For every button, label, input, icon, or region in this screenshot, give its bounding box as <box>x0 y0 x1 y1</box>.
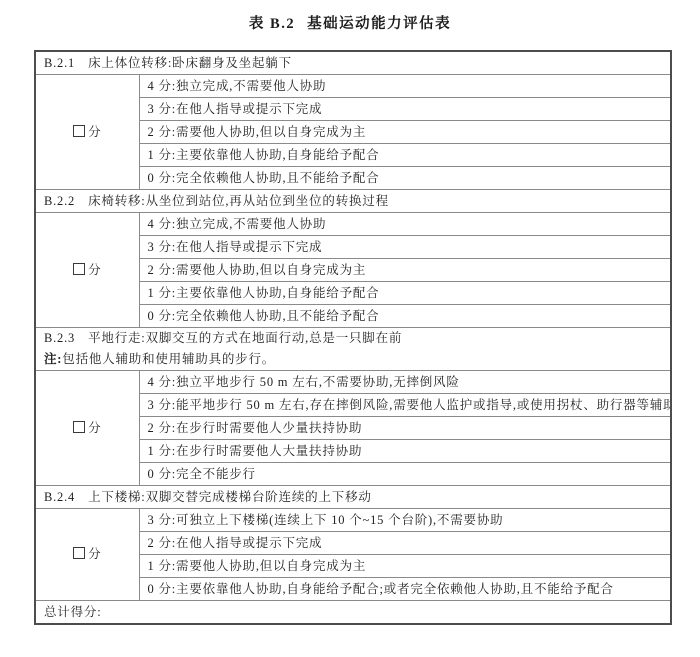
checkbox-icon <box>73 421 85 433</box>
score-option: 2 分:在他人指导或提示下完成 <box>139 532 671 555</box>
section-heading: B.2.4上下楼梯:双脚交替完成楼梯台阶连续的上下移动 <box>35 486 671 509</box>
score-cell: 分 <box>35 75 139 190</box>
section-id: B.2.2 <box>44 194 75 208</box>
score-unit-label: 分 <box>88 125 101 139</box>
score-unit-label: 分 <box>88 263 101 277</box>
option-row: 分 4 分:独立完成,不需要他人协助 <box>35 75 671 98</box>
section-heading-row: B.2.1床上体位转移:卧床翻身及坐起躺下 <box>35 51 671 75</box>
score-cell: 分 <box>35 371 139 486</box>
table-title: 表 B.2基础运动能力评估表 <box>0 12 700 33</box>
document-page: 表 B.2基础运动能力评估表 B.2.1床上体位转移:卧床翻身及坐起躺下 分 4… <box>0 0 700 657</box>
checkbox-icon <box>73 547 85 559</box>
section-heading-row: B.2.4上下楼梯:双脚交替完成楼梯台阶连续的上下移动 <box>35 486 671 509</box>
score-option: 2 分:需要他人协助,但以自身完成为主 <box>139 259 671 282</box>
score-option: 3 分:能平地步行 50 m 左右,存在摔倒风险,需要他人监护或指导,或使用拐杖… <box>139 394 671 417</box>
option-row: 分 4 分:独立完成,不需要他人协助 <box>35 213 671 236</box>
score-option: 0 分:完全依赖他人协助,且不能给予配合 <box>139 167 671 190</box>
checkbox-icon <box>73 263 85 275</box>
section-heading: B.2.1床上体位转移:卧床翻身及坐起躺下 <box>35 51 671 75</box>
score-option: 1 分:主要依靠他人协助,自身能给予配合 <box>139 282 671 305</box>
table-title-number: 表 B.2 <box>249 16 295 32</box>
section-title: 平地行走:双脚交互的方式在地面行动,总是一只脚在前 <box>88 331 402 345</box>
score-cell: 分 <box>35 213 139 328</box>
note-label: 注: <box>44 352 62 366</box>
assessment-table: B.2.1床上体位转移:卧床翻身及坐起躺下 分 4 分:独立完成,不需要他人协助… <box>34 50 672 625</box>
score-cell: 分 <box>35 509 139 601</box>
section-id: B.2.4 <box>44 490 75 504</box>
score-option: 4 分:独立完成,不需要他人协助 <box>139 75 671 98</box>
option-row: 分 3 分:可独立上下楼梯(连续上下 10 个~15 个台阶),不需要协助 <box>35 509 671 532</box>
score-option: 3 分:在他人指导或提示下完成 <box>139 236 671 259</box>
score-option: 2 分:需要他人协助,但以自身完成为主 <box>139 121 671 144</box>
option-row: 分 4 分:独立平地步行 50 m 左右,不需要协助,无摔倒风险 <box>35 371 671 394</box>
score-option: 2 分:在步行时需要他人少量扶持协助 <box>139 417 671 440</box>
section-title: 床椅转移:从坐位到站位,再从站位到坐位的转换过程 <box>88 194 389 208</box>
section-title: 床上体位转移:卧床翻身及坐起躺下 <box>88 56 292 70</box>
score-option: 0 分:完全依赖他人协助,且不能给予配合 <box>139 305 671 328</box>
score-option: 4 分:独立平地步行 50 m 左右,不需要协助,无摔倒风险 <box>139 371 671 394</box>
score-option: 3 分:在他人指导或提示下完成 <box>139 98 671 121</box>
section-heading: B.2.3平地行走:双脚交互的方式在地面行动,总是一只脚在前 注:包括他人辅助和… <box>35 328 671 371</box>
section-title: 上下楼梯:双脚交替完成楼梯台阶连续的上下移动 <box>88 490 372 504</box>
score-option: 1 分:需要他人协助,但以自身完成为主 <box>139 555 671 578</box>
checkbox-icon <box>73 125 85 137</box>
score-unit-label: 分 <box>88 547 101 561</box>
section-heading-row: B.2.3平地行走:双脚交互的方式在地面行动,总是一只脚在前 注:包括他人辅助和… <box>35 328 671 371</box>
score-option: 1 分:在步行时需要他人大量扶持协助 <box>139 440 671 463</box>
note-text: 包括他人辅助和使用辅助具的步行。 <box>62 352 275 366</box>
score-unit-label: 分 <box>88 421 101 435</box>
score-option: 0 分:完全不能步行 <box>139 463 671 486</box>
section-id: B.2.1 <box>44 56 75 70</box>
section-heading: B.2.2床椅转移:从坐位到站位,再从站位到坐位的转换过程 <box>35 190 671 213</box>
score-option: 1 分:主要依靠他人协助,自身能给予配合 <box>139 144 671 167</box>
section-heading-row: B.2.2床椅转移:从坐位到站位,再从站位到坐位的转换过程 <box>35 190 671 213</box>
section-id: B.2.3 <box>44 331 75 345</box>
total-score-row: 总计得分: <box>35 601 671 625</box>
section-note: 注:包括他人辅助和使用辅助具的步行。 <box>44 349 662 370</box>
table-title-text: 基础运动能力评估表 <box>307 16 451 32</box>
score-option: 4 分:独立完成,不需要他人协助 <box>139 213 671 236</box>
total-score-label: 总计得分: <box>44 605 101 619</box>
score-option: 3 分:可独立上下楼梯(连续上下 10 个~15 个台阶),不需要协助 <box>139 509 671 532</box>
score-option: 0 分:主要依靠他人协助,自身能给予配合;或者完全依赖他人协助,且不能给予配合 <box>139 578 671 601</box>
total-score-cell: 总计得分: <box>35 601 671 625</box>
